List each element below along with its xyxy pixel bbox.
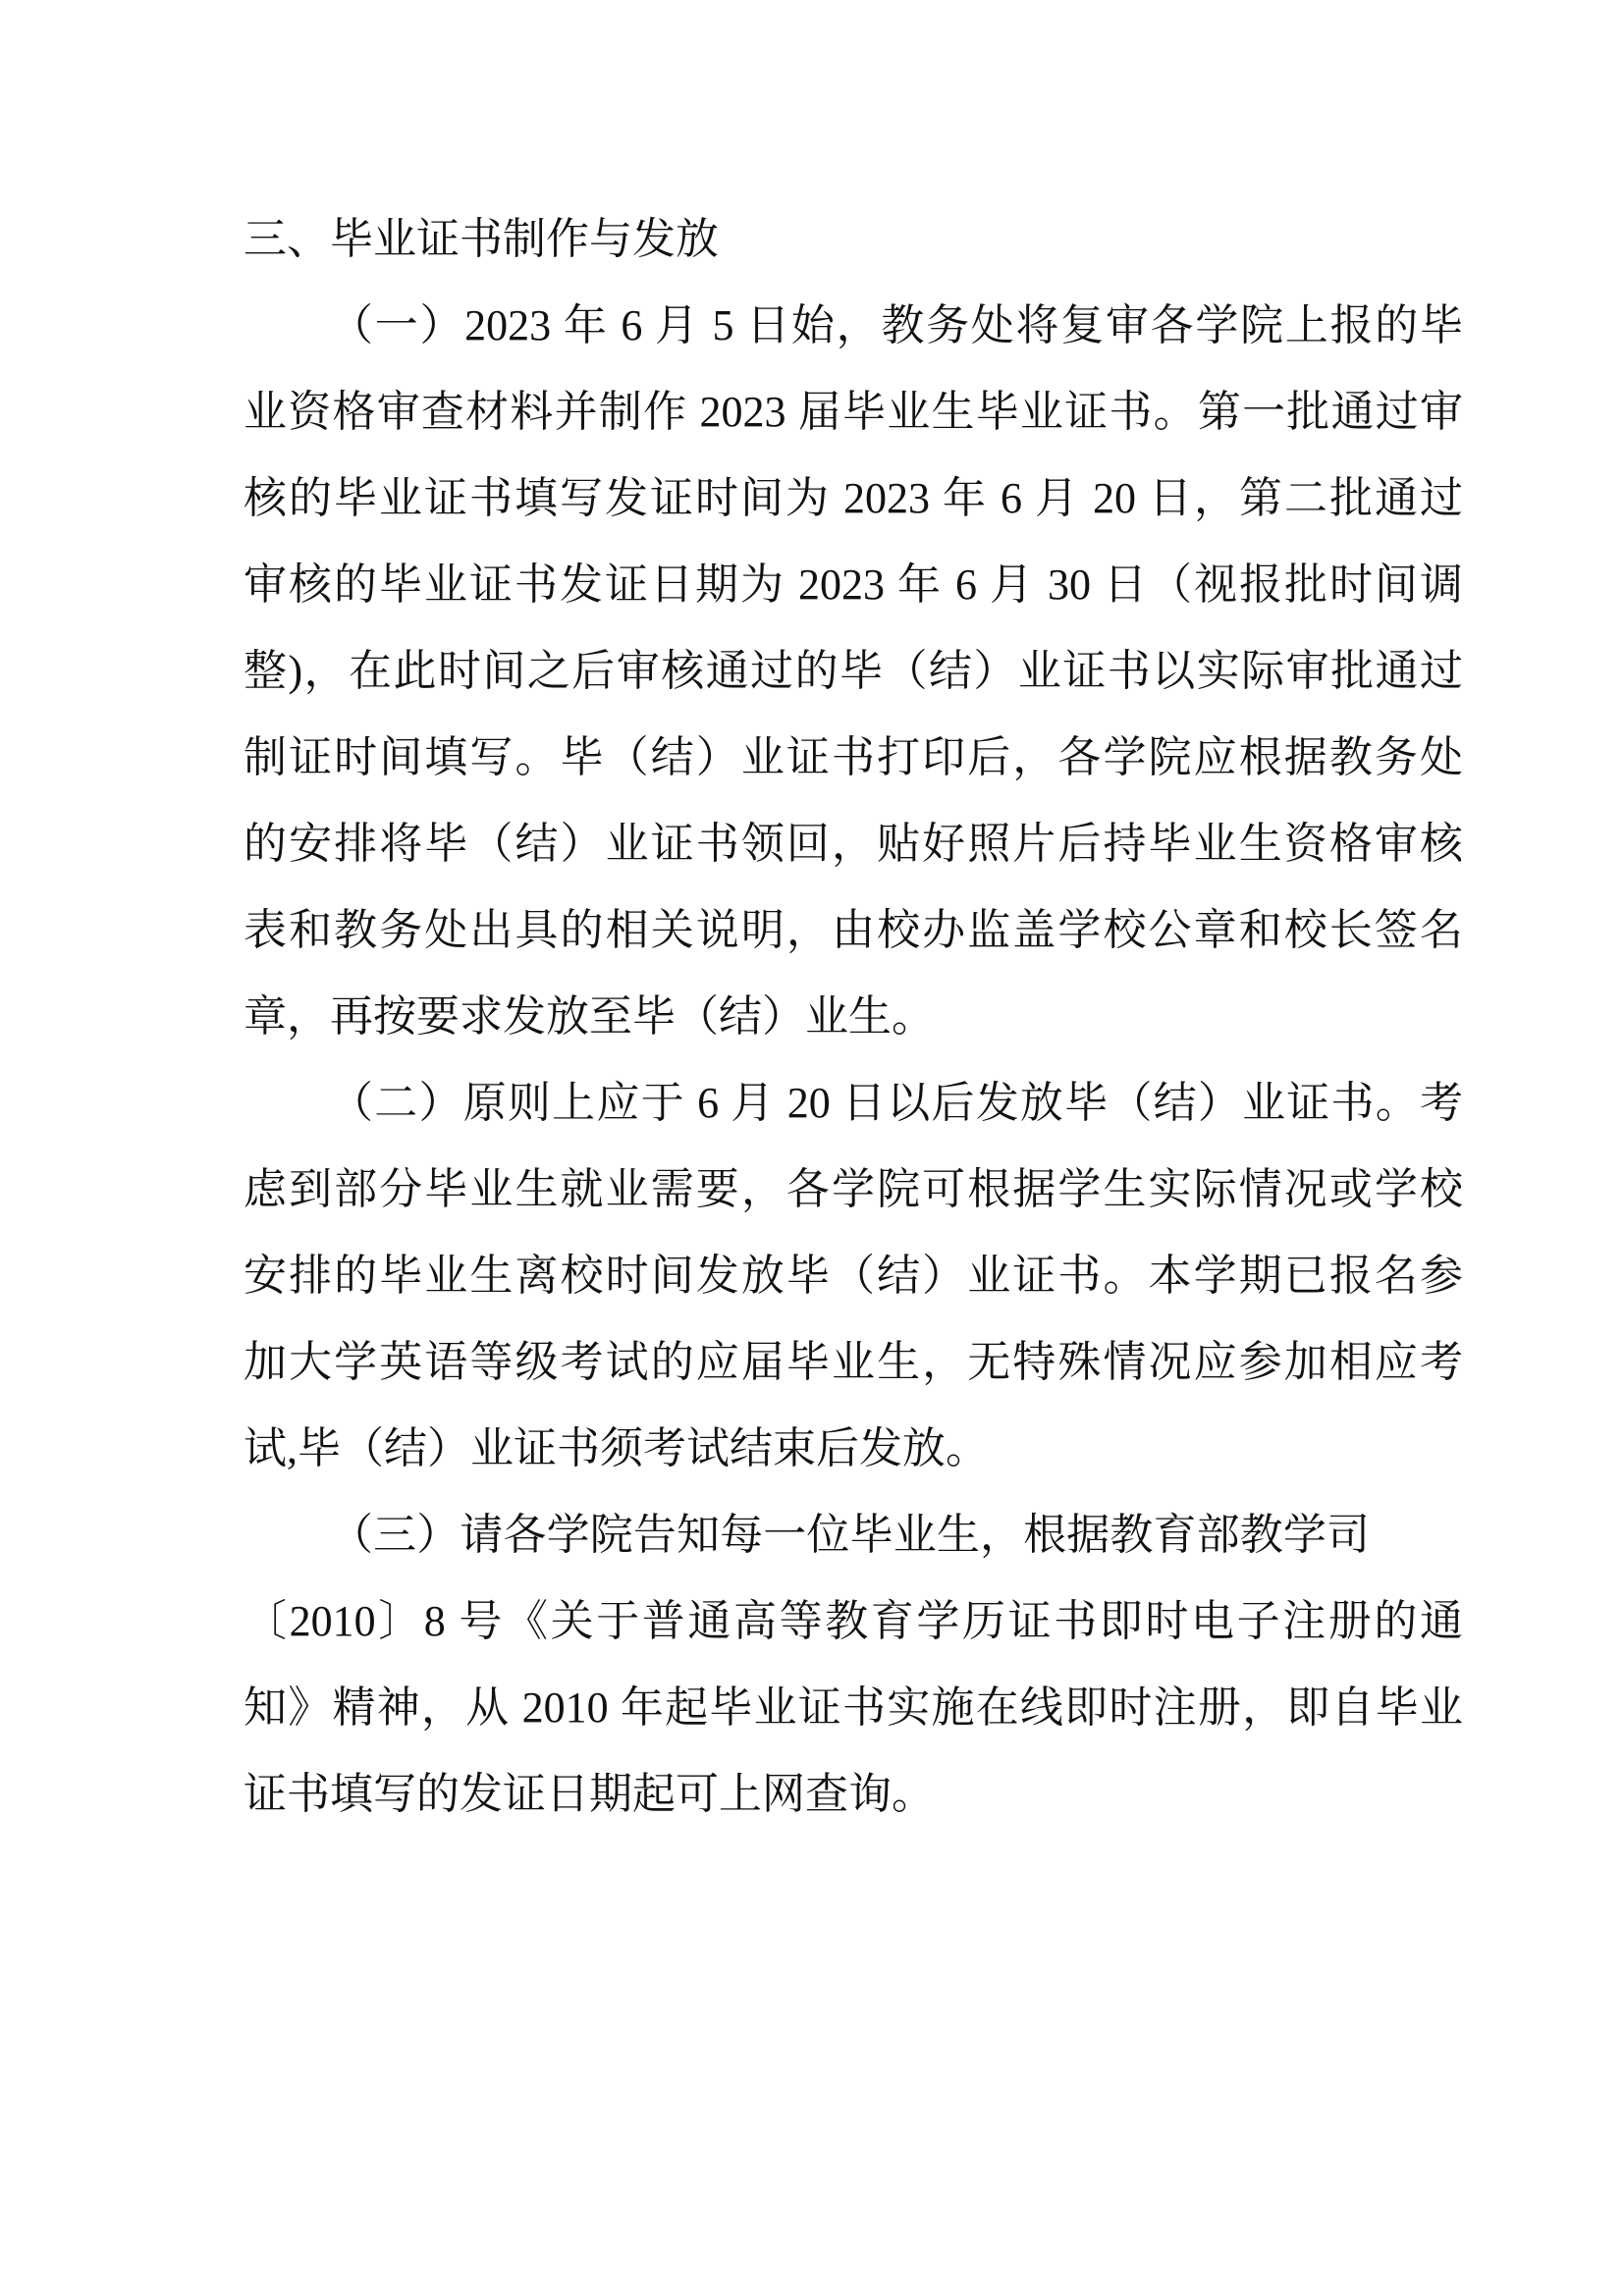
paragraph-1-line: 章，再按要求发放至毕（结）业生。 <box>244 974 1463 1060</box>
paragraph-1-line: 表和教务处出具的相关说明，由校办监盖学校公章和校长签名 <box>244 887 1463 974</box>
paragraph-1-line: 业资格审查材料并制作 2023 届毕业生毕业证书。第一批通过审 <box>244 369 1463 455</box>
section-heading: 三、毕业证书制作与发放 <box>244 196 1463 283</box>
paragraph-3-line: 证书填写的发证日期起可上网查询。 <box>244 1751 1463 1838</box>
text-block: 三、毕业证书制作与发放 （一）2023 年 6 月 5 日始，教务处将复审各学院… <box>244 196 1463 1838</box>
paragraph-3-line: 知》精神，从 2010 年起毕业证书实施在线即时注册，即自毕业 <box>244 1665 1463 1751</box>
document-page: 三、毕业证书制作与发放 （一）2023 年 6 月 5 日始，教务处将复审各学院… <box>0 0 1624 2296</box>
paragraph-2-line: 安排的毕业生离校时间发放毕（结）业证书。本学期已报名参 <box>244 1233 1463 1319</box>
paragraph-3-line: 〔2010〕8 号《关于普通高等教育学历证书即时电子注册的通 <box>244 1578 1463 1665</box>
paragraph-2-line: （二）原则上应于 6 月 20 日以后发放毕（结）业证书。考 <box>244 1060 1463 1147</box>
paragraph-1-line: 制证时间填写。毕（结）业证书打印后，各学院应根据教务处 <box>244 715 1463 801</box>
paragraph-2-line: 加大学英语等级考试的应届毕业生，无特殊情况应参加相应考 <box>244 1319 1463 1406</box>
paragraph-1-line: 整)，在此时间之后审核通过的毕（结）业证书以实际审批通过 <box>244 628 1463 715</box>
paragraph-3-line: （三）请各学院告知每一位毕业生，根据教育部教学司 <box>244 1492 1463 1578</box>
paragraph-1-line: 的安排将毕（结）业证书领回，贴好照片后持毕业生资格审核 <box>244 801 1463 887</box>
paragraph-1-line: （一）2023 年 6 月 5 日始，教务处将复审各学院上报的毕 <box>244 283 1463 369</box>
paragraph-1-line: 核的毕业证书填写发证时间为 2023 年 6 月 20 日，第二批通过 <box>244 455 1463 542</box>
paragraph-1-line: 审核的毕业证书发证日期为 2023 年 6 月 30 日（视报批时间调 <box>244 542 1463 628</box>
paragraph-2-line: 试,毕（结）业证书须考试结束后发放。 <box>244 1406 1463 1492</box>
paragraph-2-line: 虑到部分毕业生就业需要，各学院可根据学生实际情况或学校 <box>244 1147 1463 1233</box>
